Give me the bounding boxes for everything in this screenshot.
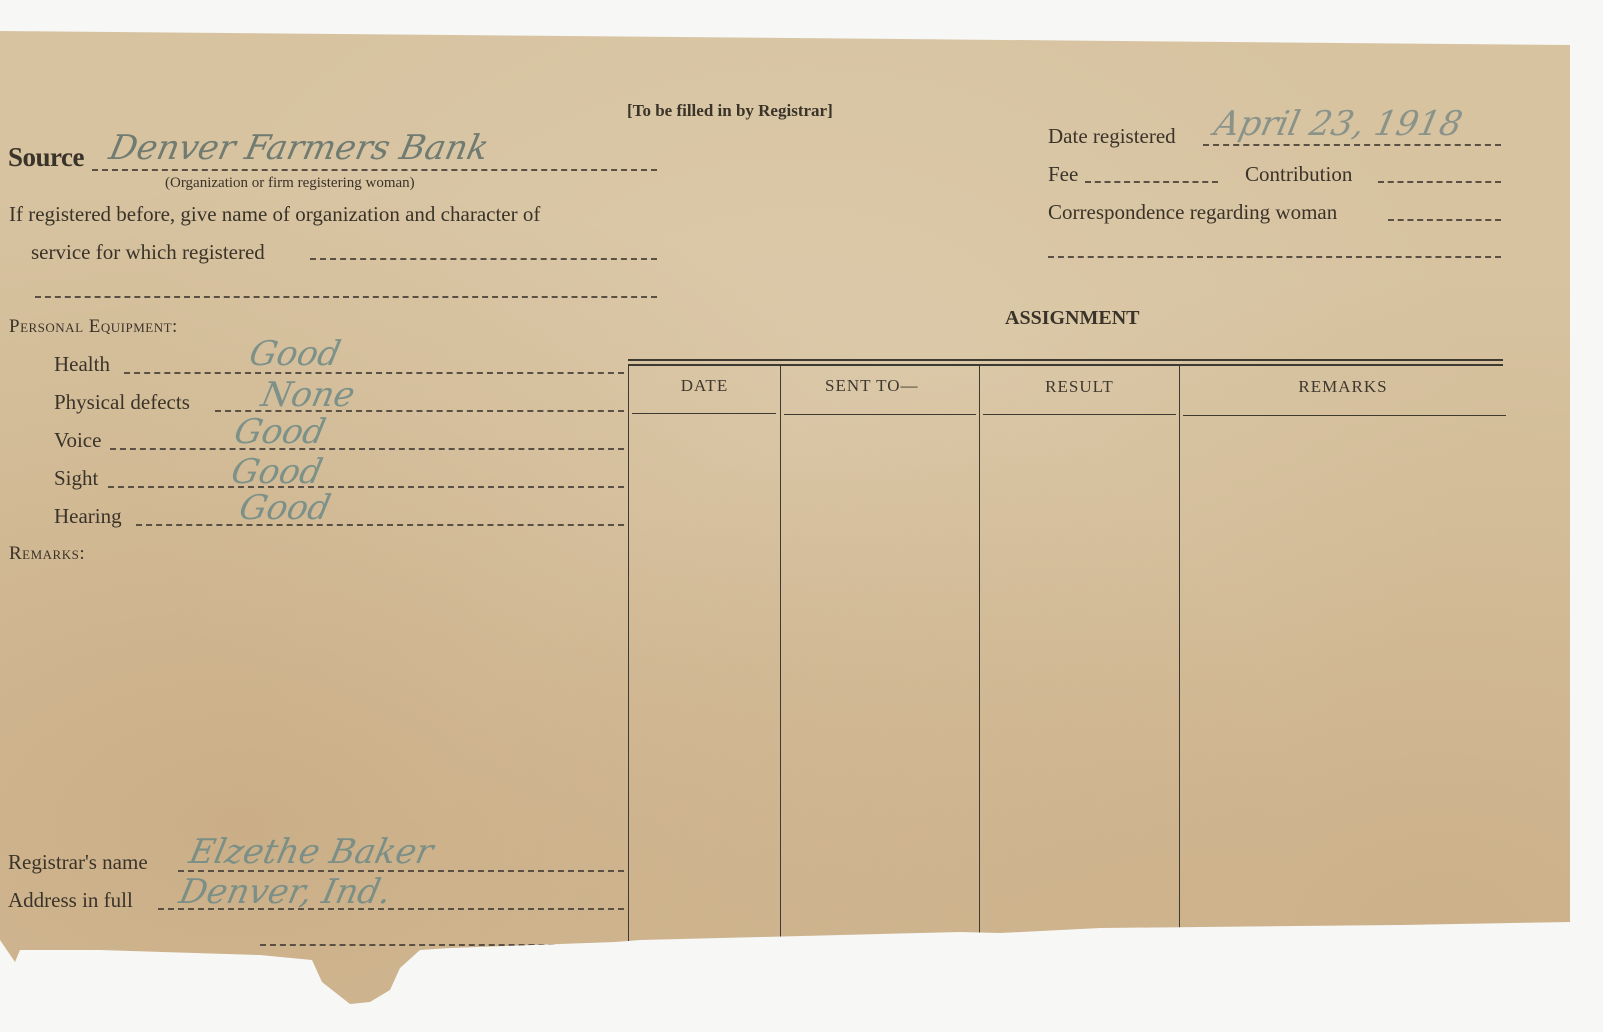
column-header-remarks: REMARKS <box>1180 377 1506 397</box>
correspondence-label: Correspondence regarding woman <box>1048 200 1337 225</box>
hearing-value[interactable]: Good <box>236 488 334 528</box>
remarks-heading: Remarks: <box>9 543 85 565</box>
health-value[interactable]: Good <box>246 334 344 374</box>
health-label: Health <box>54 352 110 377</box>
registrar-note: [To be filled in by Registrar] <box>627 101 833 121</box>
column-header-date: DATE <box>629 376 780 396</box>
registration-card: [To be filled in by Registrar] Source De… <box>0 0 1603 1032</box>
col-divider-3 <box>1179 366 1180 946</box>
header-underline-sent <box>784 414 976 415</box>
source-caption: (Organization or firm registering woman) <box>165 175 415 192</box>
sight-value[interactable]: Good <box>228 452 326 492</box>
hearing-line <box>136 524 624 526</box>
header-underline-date <box>632 413 776 414</box>
table-top-rule <box>628 359 1503 361</box>
date-registered-value[interactable]: April 23, 1918 <box>1211 104 1466 144</box>
address-value[interactable]: Denver, Ind. <box>176 872 395 912</box>
address-label: Address in full <box>8 888 133 913</box>
table-top-rule-2 <box>628 364 1503 366</box>
source-line <box>92 169 657 171</box>
col-divider-1 <box>780 366 781 946</box>
fee-field[interactable] <box>1085 181 1218 183</box>
header-underline-remarks <box>1183 415 1506 416</box>
assignment-remarks-cell[interactable] <box>1181 418 1503 928</box>
date-registered-label: Date registered <box>1048 124 1176 149</box>
personal-equipment-heading: Personal Equipment: <box>9 316 178 338</box>
correspondence-field-2[interactable] <box>1048 256 1501 258</box>
registrar-name-label: Registrar's name <box>8 850 148 875</box>
sight-line <box>108 486 624 488</box>
assignment-date-cell[interactable] <box>630 418 778 928</box>
header-underline-result <box>983 414 1176 415</box>
column-header-sent-to: SENT TO— <box>781 376 979 396</box>
address-line-2[interactable] <box>260 944 624 946</box>
hearing-label: Hearing <box>54 504 122 529</box>
voice-line <box>110 448 624 450</box>
source-value[interactable]: Denver Farmers Bank <box>106 128 493 168</box>
physical-defects-value[interactable]: None <box>258 375 359 415</box>
registrar-name-value[interactable]: Elzethe Baker <box>186 832 437 872</box>
physical-defects-label: Physical defects <box>54 390 190 415</box>
contribution-label: Contribution <box>1245 162 1352 187</box>
col-divider-2 <box>979 366 980 946</box>
registered-before-field-2[interactable] <box>35 296 657 298</box>
voice-value[interactable]: Good <box>231 412 329 452</box>
contribution-field[interactable] <box>1378 181 1501 183</box>
source-label: Source <box>8 142 84 173</box>
sight-label: Sight <box>54 466 98 491</box>
column-header-result: RESULT <box>980 377 1179 397</box>
assignment-result-cell[interactable] <box>981 418 1178 928</box>
registered-before-field[interactable] <box>310 258 657 260</box>
assignment-sent-to-cell[interactable] <box>782 418 978 928</box>
remarks-field[interactable] <box>9 570 619 840</box>
date-registered-line <box>1203 144 1501 146</box>
assignment-title: ASSIGNMENT <box>1005 307 1139 330</box>
correspondence-field[interactable] <box>1388 219 1501 221</box>
health-line <box>124 372 624 374</box>
registered-before-line2: service for which registered <box>31 240 265 265</box>
registered-before-line1: If registered before, give name of organ… <box>9 202 540 227</box>
fee-label: Fee <box>1048 162 1078 187</box>
voice-label: Voice <box>54 428 101 453</box>
table-left-border <box>628 366 629 946</box>
